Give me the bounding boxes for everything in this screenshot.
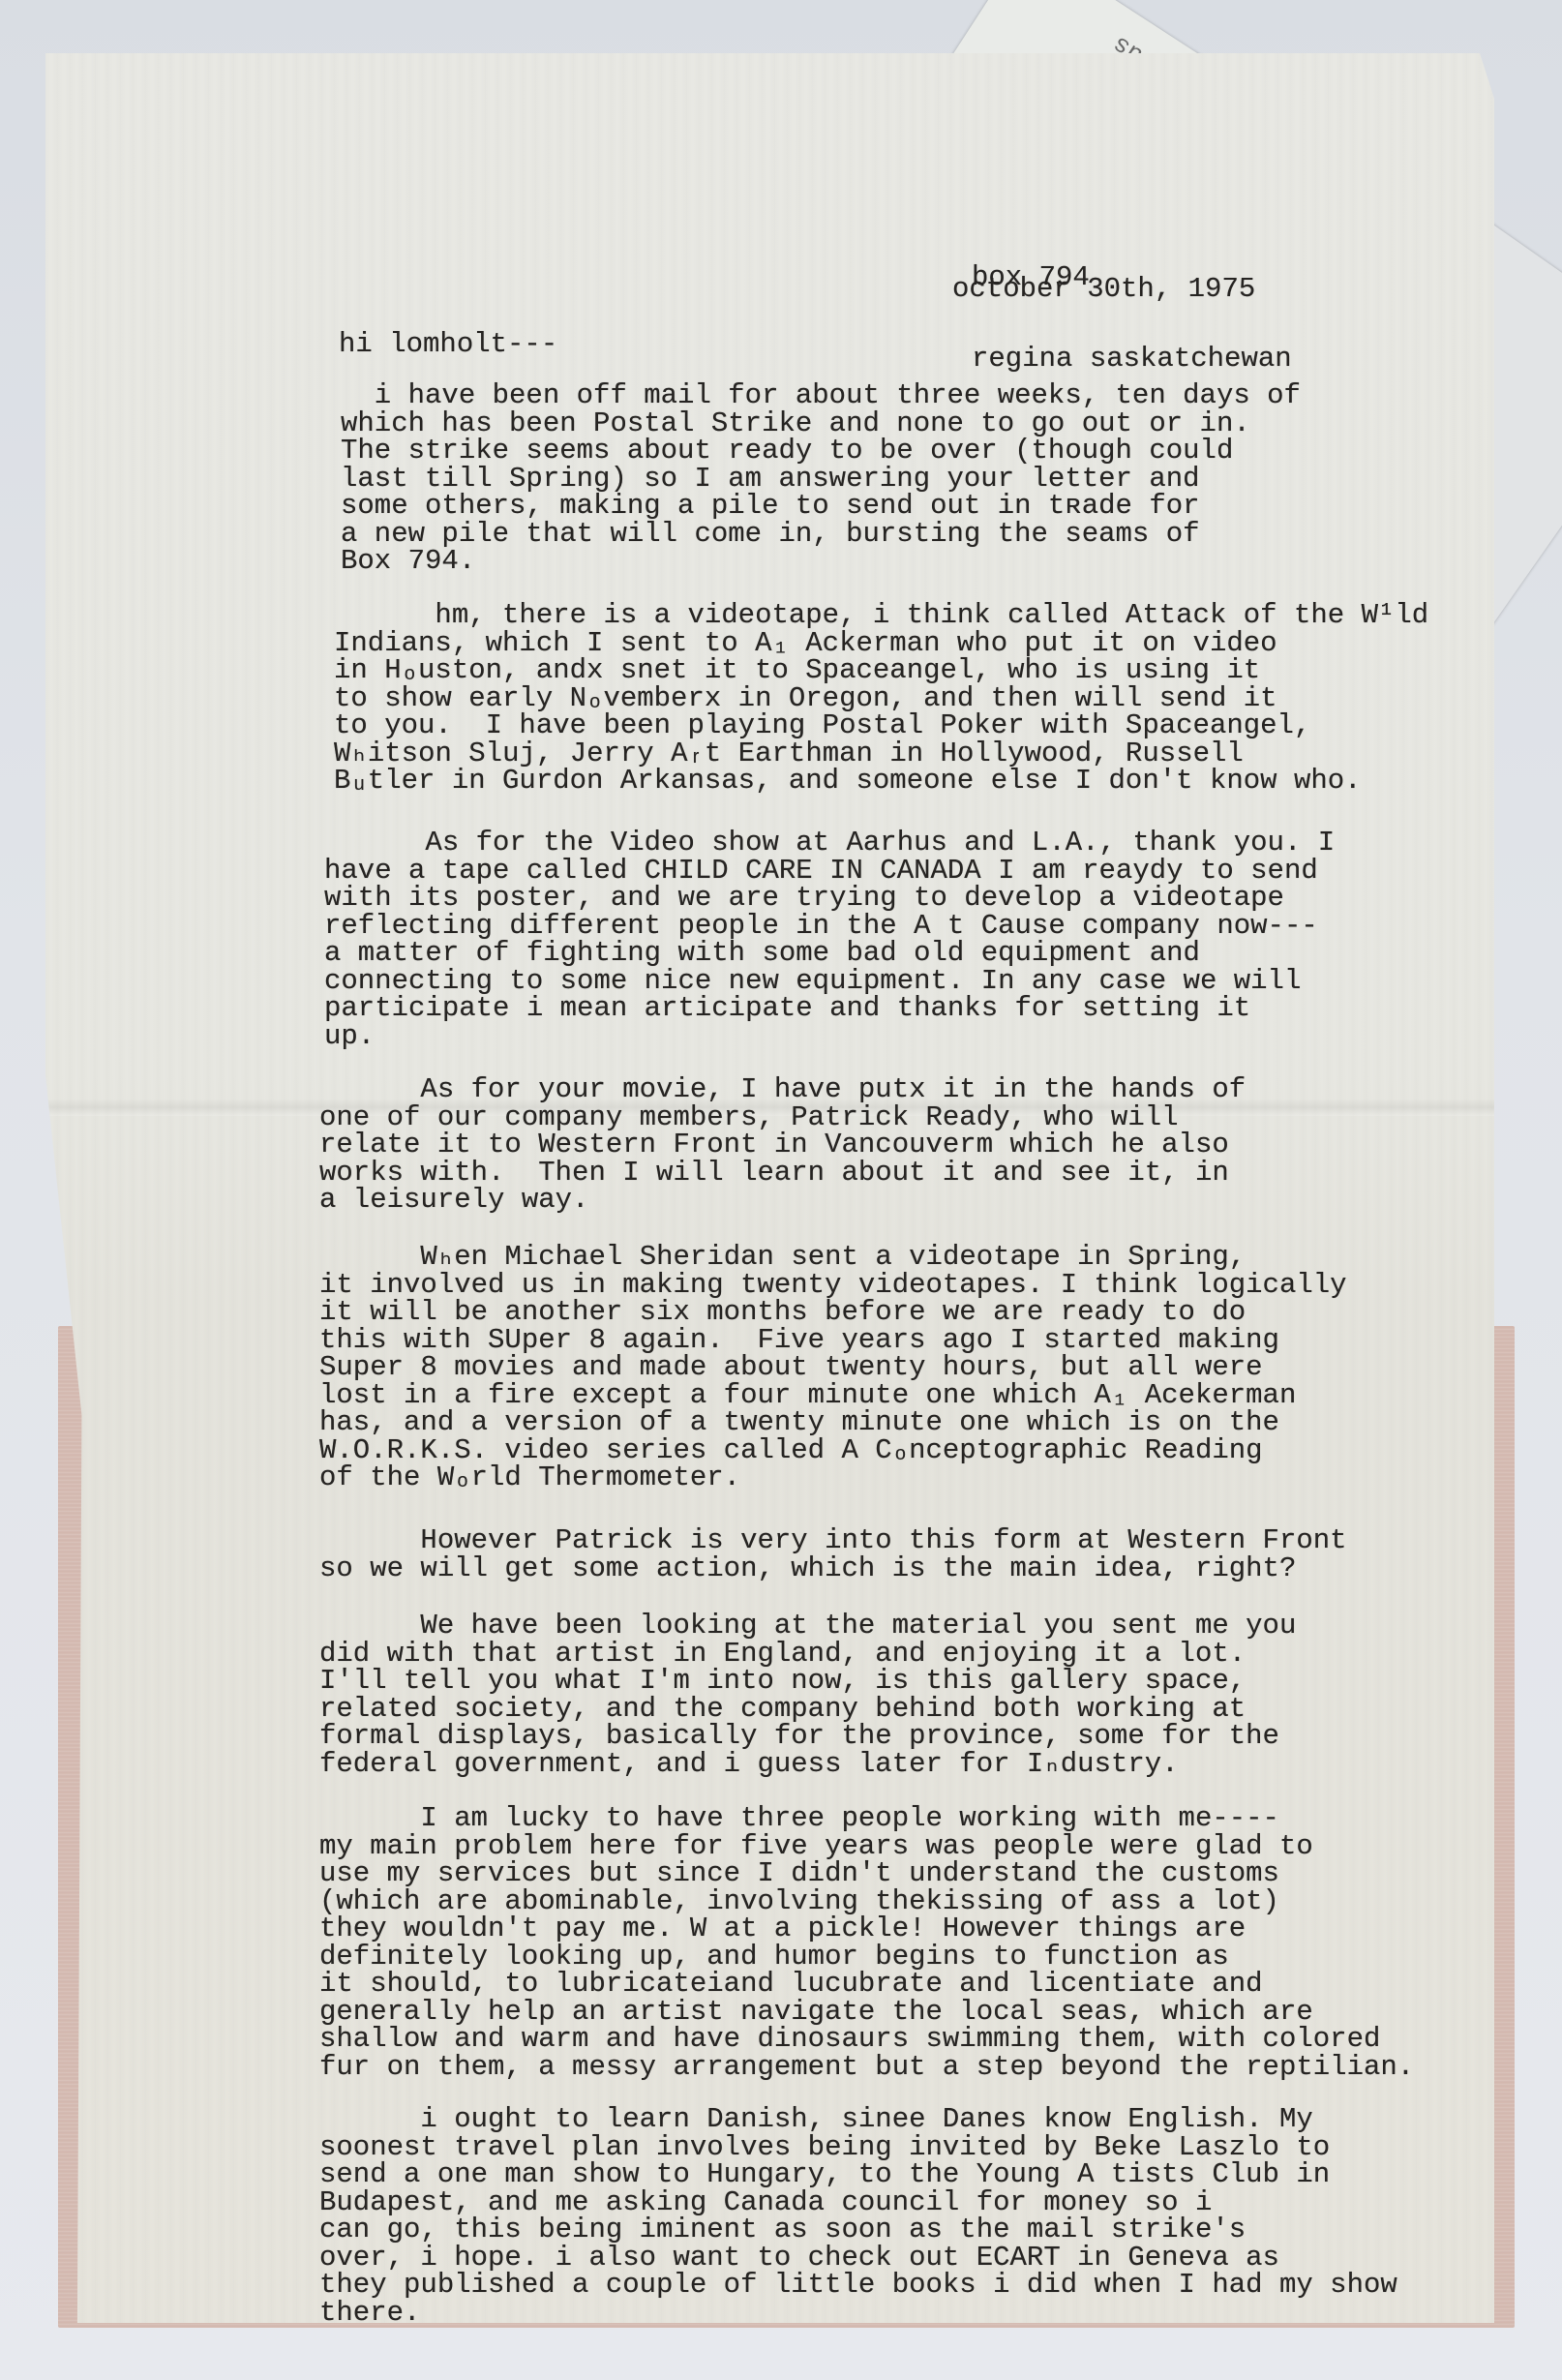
letter-line: related society, and the company behind … [319,1696,1296,1724]
letter-line: a leisurely way. [319,1187,1246,1215]
letter-line: one of our company members, Patrick Read… [319,1104,1246,1132]
letter-paragraph: hm, there is a videotape, i think called… [334,602,1428,796]
letter-line: shallow and warm and have dinosaurs swim… [319,2026,1414,2054]
letter-line: so we will get some action, which is the… [319,1555,1347,1583]
letter-line: a new pile that will come in, bursting t… [341,521,1301,549]
letter-line: Bᵤtler in Gurdon Arkansas, and someone e… [334,768,1428,796]
letter-line: generally help an artist navigate the lo… [319,1999,1414,2027]
letter-line: However Patrick is very into this form a… [319,1527,1347,1555]
letter-line: they wouldn't pay me. W at a pickle! How… [319,1915,1414,1943]
letter-line: We have been looking at the material you… [319,1612,1296,1641]
letter-line: participate i mean articipate and thanks… [324,995,1335,1023]
letter-line: Box 794. [341,548,1301,576]
letter-line: which has been Postal Strike and none to… [341,410,1301,438]
letter-line: W.O.R.K.S. video series called A Cₒncept… [319,1437,1347,1465]
letter-line: with its poster, and we are trying to de… [324,885,1335,913]
letter-line: works with. Then I will learn about it a… [319,1160,1246,1188]
salutation: hi lomholt--- [339,331,557,359]
letter-line: did with that artist in England, and enj… [319,1641,1296,1669]
letter-line: (which are abominable, involving thekiss… [319,1888,1414,1916]
letter-line: use my services but since I didn't under… [319,1860,1414,1888]
letter-line: I am lucky to have three people working … [319,1805,1414,1833]
letter-paragraph: We have been looking at the material you… [319,1612,1296,1778]
letter-line: hm, there is a videotape, i think called… [334,602,1428,630]
letter-line: they published a couple of little books … [319,2272,1397,2300]
letter-line: Super 8 movies and made about twenty hou… [319,1354,1347,1382]
letter-line: it will be another six months before we … [319,1299,1347,1327]
letter-line: I'll tell you what I'm into now, is this… [319,1668,1296,1696]
letter-line: definitely looking up, and humor begins … [319,1943,1414,1972]
letter-line: reflecting different people in the A t C… [324,913,1335,941]
letter-line: federal government, and i guess later fo… [319,1751,1296,1779]
letter-paragraph: As for the Video show at Aarhus and L.A.… [324,829,1335,1050]
letter-line: a matter of fighting with some bad old e… [324,940,1335,968]
letter-paragraph: Wₕen Michael Sheridan sent a videotape i… [319,1244,1347,1492]
letter-line: has, and a version of a twenty minute on… [319,1409,1347,1437]
letter-line: to you. I have been playing Postal Poker… [334,712,1428,740]
letter-line: this with SUper 8 again. Five years ago … [319,1327,1347,1355]
letter-line: connecting to some nice new equipment. I… [324,968,1335,996]
letter-paragraph: i have been off mail for about three wee… [341,382,1301,576]
letter-line: to show early Nₒvemberx in Oregon, and t… [334,685,1428,713]
letter-paragraph: i ought to learn Danish, sinee Danes kno… [319,2106,1397,2327]
letter-line: it should, to lubricateiand lucubrate an… [319,1971,1414,1999]
letter-line: Wₕen Michael Sheridan sent a videotape i… [319,1244,1347,1272]
letter-line: of the Wₒrld Thermometer. [319,1464,1347,1492]
letter-line: As for the Video show at Aarhus and L.A.… [324,829,1335,858]
letter-line: last till Spring) so I am answering your… [341,466,1301,494]
letter-line: Wₕitson Sluj, Jerry Aᵣt Earthman in Holl… [334,740,1428,768]
letter-line: send a one man show to Hungary, to the Y… [319,2161,1397,2189]
letter-paragraph: As for your movie, I have putx it in the… [319,1076,1246,1215]
letter-line: have a tape called CHILD CARE IN CANADA … [324,858,1335,886]
letter-line: soonest travel plan involves being invit… [319,2134,1397,2162]
letter-line: formal displays, basically for the provi… [319,1723,1296,1751]
letter-line: in Hₒuston, andx snet it to Spaceangel, … [334,657,1428,685]
letter-line: relate it to Western Front in Vancouverm… [319,1131,1246,1160]
letter-line: lost in a fire except a four minute one … [319,1382,1347,1410]
letter-line: can go, this being iminent as soon as th… [319,2216,1397,2244]
address-line-2: regina saskatchewan [972,346,1292,373]
letter-line: Indians, which I sent to A₁ Ackerman who… [334,630,1428,658]
letter-line: i have been off mail for about three wee… [341,382,1301,410]
letter-date: october 30th, 1975 [952,276,1255,304]
letter-line: The strike seems about ready to be over … [341,437,1301,466]
letter-line: there. [319,2300,1397,2328]
letter-line: up. [324,1023,1335,1051]
letter-line: some others, making a pile to send out i… [341,493,1301,521]
letter-line: over, i hope. i also want to check out E… [319,2244,1397,2273]
letter-line: i ought to learn Danish, sinee Danes kno… [319,2106,1397,2134]
letter-line: fur on them, a messy arrangement but a s… [319,2054,1414,2082]
letter-line: it involved us in making twenty videotap… [319,1272,1347,1300]
letter-line: my main problem here for five years was … [319,1833,1414,1861]
letter-line: As for your movie, I have putx it in the… [319,1076,1246,1104]
letter-paragraph: I am lucky to have three people working … [319,1805,1414,2081]
letter-paragraph: However Patrick is very into this form a… [319,1527,1347,1582]
typewritten-letter: box 794 regina saskatchewan october 30th… [45,53,1494,2323]
letter-line: Budapest, and me asking Canada council f… [319,2189,1397,2217]
